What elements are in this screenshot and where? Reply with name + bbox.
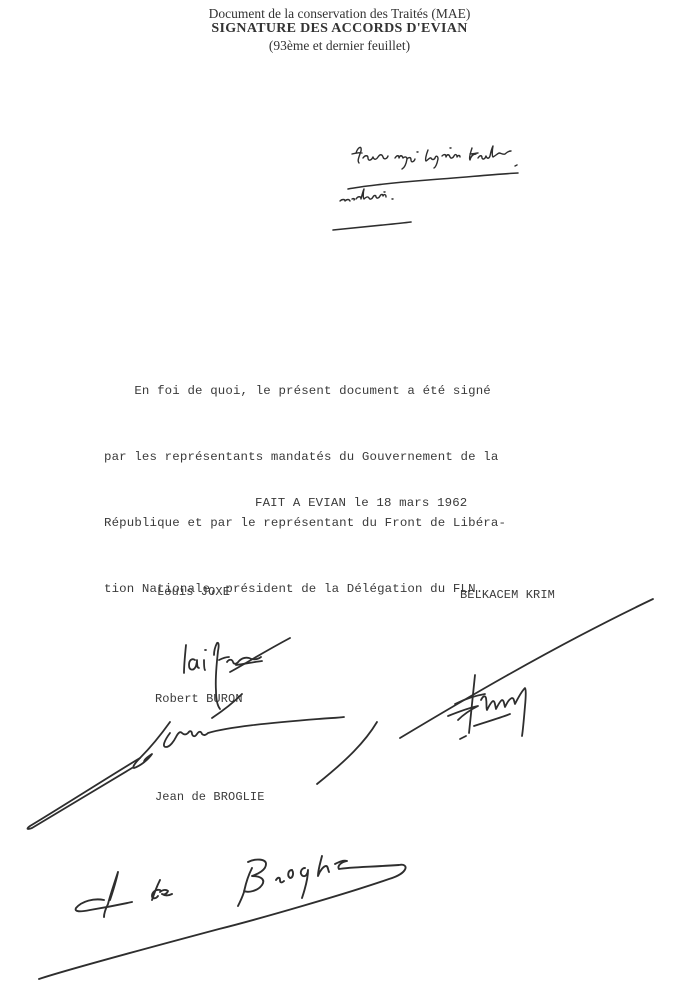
signatory-name-krim: BELKACEM KRIM: [460, 588, 555, 602]
paragraph-line: En foi de quoi, le présent document a ét…: [104, 380, 679, 402]
place-date-line: FAIT A EVIAN le 18 mars 1962: [255, 496, 467, 510]
signature-broglie: [39, 856, 406, 979]
document-source: Document de la conservation des Traités …: [0, 6, 679, 22]
document-title: SIGNATURE DES ACCORDS D'EVIAN: [0, 21, 679, 37]
paragraph-line: République et par le représentant du Fro…: [104, 512, 679, 534]
signatory-name-joxe: Louis JOXE: [157, 585, 230, 599]
signatory-name-broglie: Jean de BROGLIE: [155, 790, 265, 804]
signature-joxe: [184, 638, 290, 718]
handwritten-note: [333, 146, 518, 230]
document-subtitle: (93ème et dernier feuillet): [0, 38, 679, 54]
paragraph-line: par les représentants mandatés du Gouver…: [104, 446, 679, 468]
signatory-name-buron: Robert BURON: [155, 692, 243, 706]
treaty-paragraph: En foi de quoi, le présent document a ét…: [104, 336, 679, 622]
signature-buron: [28, 717, 377, 829]
